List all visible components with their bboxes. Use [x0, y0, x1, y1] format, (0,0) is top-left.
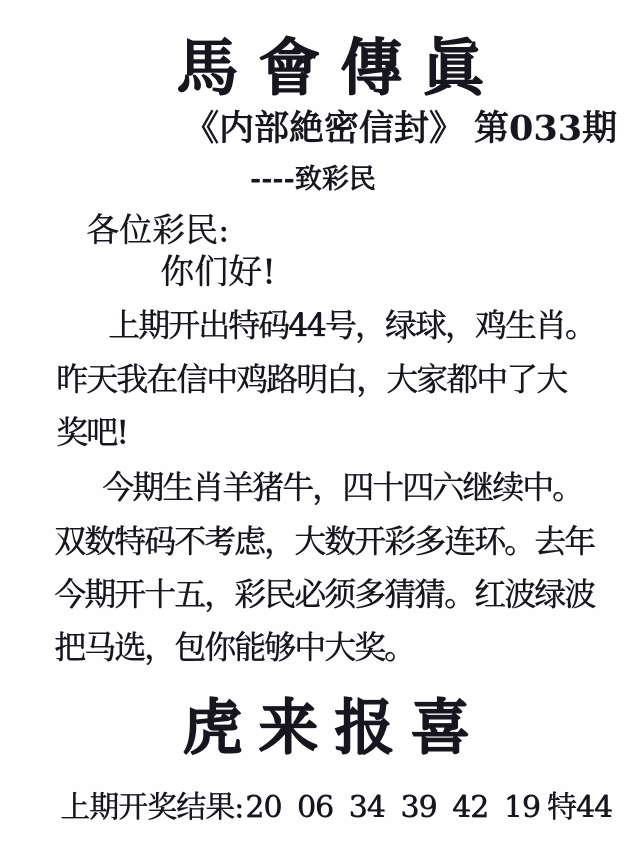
fax-title: 馬會傳眞 — [176, 34, 504, 102]
paragraph2-line4: 把马选，包你能够中大奖。 — [54, 628, 414, 666]
paragraph1-line2: 昨天我在信中鸡路明白，大家都中了大 — [56, 360, 566, 398]
fax-sheet: 馬會傳眞 《内部絶密信封》第033期 ----致彩民 各位彩民: 你们好! 上期… — [0, 0, 640, 853]
subtitle-bracket-text: 《内部絶密信封》 — [184, 108, 464, 149]
paragraph2-line2: 双数特码不考虑，大数开彩多连环。去年 — [54, 522, 594, 560]
salutation: 各位彩民: — [86, 210, 229, 250]
results-label: 上期开奖结果: — [60, 790, 243, 825]
paragraph2-line1: 今期生肖羊猪牛，四十四六继续中。 — [102, 468, 582, 506]
results-line: 上期开奖结果:20 06 34 39 42 19特44 — [60, 790, 612, 826]
greeting: 你们好! — [160, 252, 276, 293]
paragraph1-line3: 奖吧! — [56, 413, 127, 451]
dedication-line: ----致彩民 — [250, 164, 376, 196]
results-special-number: 特44 — [547, 790, 612, 825]
paragraph2-line3: 今期开十五，彩民必须多猜猜。红波绿波 — [54, 575, 594, 613]
fax-subtitle: 《内部絶密信封》第033期 — [184, 108, 617, 150]
results-numbers: 20 06 34 39 42 19 — [245, 790, 540, 825]
slogan: 虎来报喜 — [182, 694, 486, 763]
paragraph1-line1: 上期开出特码44号，绿球，鸡生肖。 — [108, 306, 595, 344]
issue-number: 第033期 — [474, 108, 617, 149]
